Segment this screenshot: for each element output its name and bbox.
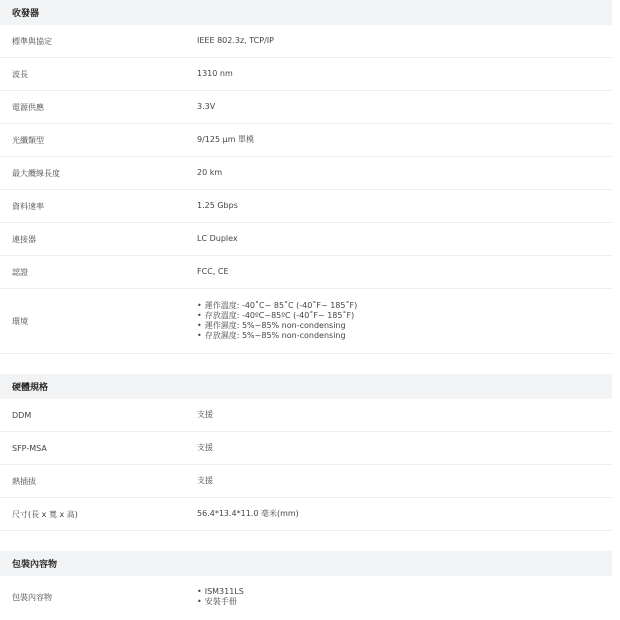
spec-row: 光纖類型9/125 µm 單模: [0, 124, 612, 157]
list-item: ISM311LS: [197, 587, 612, 597]
spec-value: 20 km: [197, 168, 612, 178]
spec-label: 最大纜線長度: [0, 168, 197, 179]
spec-label: SFP-MSA: [0, 444, 197, 453]
spec-value: IEEE 802.3z, TCP/IP: [197, 36, 612, 46]
spec-row: 波長1310 nm: [0, 58, 612, 91]
spec-value: 支援: [197, 410, 612, 420]
spec-value: 1310 nm: [197, 69, 612, 79]
spec-row: 尺寸(長 x 寬 x 高)56.4*13.4*11.0 毫米(mm): [0, 498, 612, 531]
spec-row: 電源供應3.3V: [0, 91, 612, 124]
list-item: 安裝手冊: [197, 597, 612, 607]
list-item: 運作溫度: -40˚C~ 85˚C (-40˚F~ 185˚F): [197, 301, 612, 311]
section-header: 硬體規格: [0, 374, 612, 399]
spec-row: 最大纜線長度20 km: [0, 157, 612, 190]
section-header: 收發器: [0, 0, 612, 25]
spec-label: 資料速率: [0, 201, 197, 212]
package-list: ISM311LS 安裝手冊: [197, 587, 612, 607]
spec-label: 光纖類型: [0, 135, 197, 146]
environment-list: 運作溫度: -40˚C~ 85˚C (-40˚F~ 185˚F) 存放溫度: -…: [197, 301, 612, 341]
spec-label: 包裝內容物: [0, 592, 197, 603]
spec-value: 支援: [197, 476, 612, 486]
section-package: 包裝內容物 包裝內容物 ISM311LS 安裝手冊: [0, 551, 612, 618]
spec-label: 連接器: [0, 234, 197, 245]
spec-value: 支援: [197, 443, 612, 453]
spec-label: 標準與協定: [0, 36, 197, 47]
spec-value: FCC, CE: [197, 267, 612, 277]
spec-row-environment: 環境 運作溫度: -40˚C~ 85˚C (-40˚F~ 185˚F) 存放溫度…: [0, 289, 612, 354]
spec-label: 熱插拔: [0, 476, 197, 487]
spec-label: 認證: [0, 267, 197, 278]
spec-value: 56.4*13.4*11.0 毫米(mm): [197, 509, 612, 519]
spec-row: DDM支援: [0, 399, 612, 432]
spec-value: 3.3V: [197, 102, 612, 112]
spec-row: 資料速率1.25 Gbps: [0, 190, 612, 223]
spec-row: 連接器LC Duplex: [0, 223, 612, 256]
section-transceiver: 收發器 標準與協定IEEE 802.3z, TCP/IP 波長1310 nm 電…: [0, 0, 612, 354]
spec-label: 波長: [0, 69, 197, 80]
list-item: 存放濕度: 5%~85% non-condensing: [197, 331, 612, 341]
spec-label: DDM: [0, 411, 197, 420]
spec-value: LC Duplex: [197, 234, 612, 244]
spec-label: 電源供應: [0, 102, 197, 113]
spec-row-package: 包裝內容物 ISM311LS 安裝手冊: [0, 576, 612, 618]
spec-row: 標準與協定IEEE 802.3z, TCP/IP: [0, 25, 612, 58]
spec-value: 9/125 µm 單模: [197, 135, 612, 145]
section-hardware: 硬體規格 DDM支援 SFP-MSA支援 熱插拔支援 尺寸(長 x 寬 x 高)…: [0, 374, 612, 531]
spec-value: 運作溫度: -40˚C~ 85˚C (-40˚F~ 185˚F) 存放溫度: -…: [197, 301, 612, 341]
spec-value: ISM311LS 安裝手冊: [197, 587, 612, 607]
list-item: 運作濕度: 5%~85% non-condensing: [197, 321, 612, 331]
spec-row: 熱插拔支援: [0, 465, 612, 498]
spec-table: 收發器 標準與協定IEEE 802.3z, TCP/IP 波長1310 nm 電…: [0, 0, 612, 618]
list-item: 存放溫度: -40ºC~85ºC (-40˚F~ 185˚F): [197, 311, 612, 321]
spec-row: SFP-MSA支援: [0, 432, 612, 465]
spec-label: 尺寸(長 x 寬 x 高): [0, 509, 197, 520]
spec-value: 1.25 Gbps: [197, 201, 612, 211]
section-header: 包裝內容物: [0, 551, 612, 576]
spec-row: 認證FCC, CE: [0, 256, 612, 289]
spec-label: 環境: [0, 316, 197, 327]
